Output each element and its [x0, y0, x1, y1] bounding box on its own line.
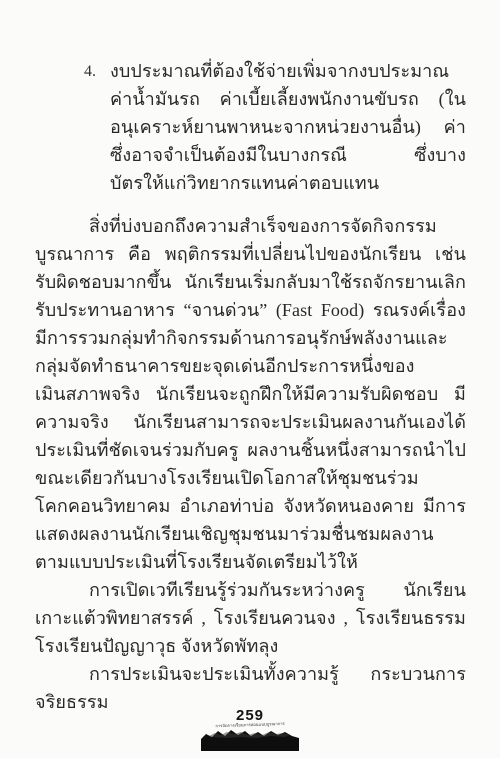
- text-line: โคกคอนวิทยาคม อำเภอท่าบ่อ จังหวัดหนองคาย…: [35, 492, 466, 520]
- text-line: รับประทานอาหาร “จานด่วน” (Fast Food) รณร…: [35, 296, 466, 324]
- text-line: โรงเรียนปัญญาวุธ จังหวัดพัทลุง: [35, 632, 466, 660]
- text-line: ขณะเดียวกันบางโรงเรียนเปิดโอกาสให้ชุมชนร…: [35, 464, 466, 492]
- paragraph-success-indicators: สิ่งที่บ่งบอกถึงความสำเร็จของการจัดกิจกร…: [35, 212, 466, 576]
- text-line: ซึ่งอาจจำเป็นต้องมีในบางกรณี ซึ่งบางโรงเ…: [110, 141, 466, 169]
- text-line: งบประมาณที่ต้องใช้จ่ายเพิ่มจากงบประมาณปก…: [110, 57, 466, 85]
- text-line: สิ่งที่บ่งบอกถึงความสำเร็จของการจัดกิจกร…: [35, 212, 466, 240]
- list-item-number: 4.: [84, 58, 96, 86]
- list-item-4: 4. งบประมาณที่ต้องใช้จ่ายเพิ่มจากงบประมา…: [110, 57, 466, 197]
- text-line: มีการรวมกลุ่มทำกิจกรรมด้านการอนุรักษ์พลั…: [35, 324, 466, 352]
- text-line: ตามแบบประเมินที่โรงเรียนจัดเตรียมไว้ให้: [35, 548, 466, 576]
- text-line: บัตรให้แก่วิทยากรแทนค่าตอบแทน: [110, 169, 466, 197]
- text-line: ค่าน้ำมันรถ ค่าเบี้ยเลี้ยงพนักงานขับรถ (…: [110, 85, 466, 113]
- text-line: เมินสภาพจริง นักเรียนจะถูกฝึกให้มีความรั…: [35, 380, 466, 408]
- text-line: ความจริง นักเรียนสามารถจะประเมินผลงานกัน…: [35, 408, 466, 436]
- paragraph-schools: การเปิดเวทีเรียนรู้ร่วมกันระหว่างครู นัก…: [35, 576, 466, 660]
- document-page: 4. งบประมาณที่ต้องใช้จ่ายเพิ่มจากงบประมา…: [0, 0, 500, 758]
- text-line: ประเมินที่ชัดเจนร่วมกับครู ผลงานชิ้นหนึ่…: [35, 436, 466, 464]
- text-line: อนุเคราะห์ยานพาหนะจากหน่วยงานอื่น) ค่าตอ…: [110, 113, 466, 141]
- page-number: 259: [0, 708, 500, 723]
- page-number-badge: 259 การจัดการเรียนการสอนแบบบูรณาการ: [0, 708, 500, 758]
- text-line: รับผิดชอบมากขึ้น นักเรียนเริ่มกลับมาใช้ร…: [35, 268, 466, 296]
- page-content: 4. งบประมาณที่ต้องใช้จ่ายเพิ่มจากงบประมา…: [35, 57, 466, 716]
- text-line: บูรณาการ คือ พฤติกรรมที่เปลี่ยนไปของนักเ…: [35, 240, 466, 268]
- text-line: การประเมินจะประเมินทั้งความรู้ กระบวนการ…: [35, 660, 466, 688]
- text-line: การเปิดเวทีเรียนรู้ร่วมกันระหว่างครู นัก…: [35, 576, 466, 604]
- text-line: กลุ่มจัดทำธนาคารขยะจุดเด่นอีกประการหนึ่ง…: [35, 352, 466, 380]
- text-line: เกาะแต้วพิทยาสรรค์ , โรงเรียนควนจง , โรง…: [35, 604, 466, 632]
- torn-paper-graphic: [201, 727, 299, 751]
- text-line: แสดงผลงานนักเรียนเชิญชุมชนมาร่วมชื่นชมผล…: [35, 520, 466, 548]
